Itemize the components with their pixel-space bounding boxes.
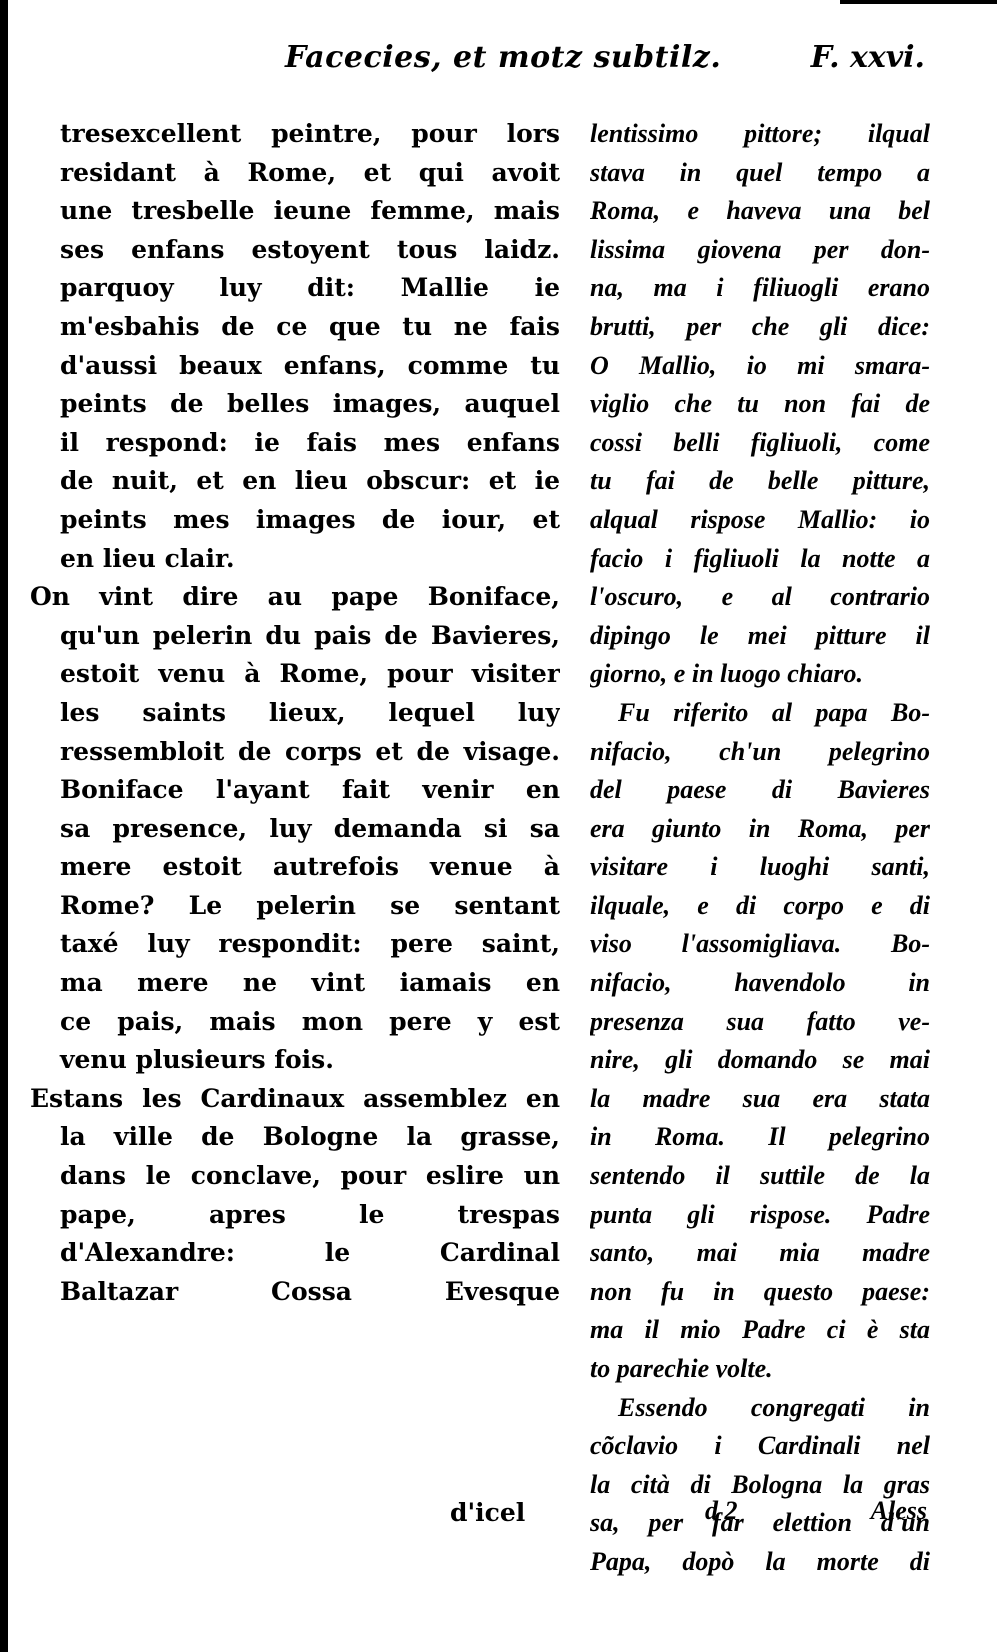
text-line: non fu in questo paese: xyxy=(590,1273,930,1312)
text-line: tresexcellent peintre, pour lors xyxy=(30,115,560,154)
running-head: Facecies, et motz subtilz. F. xxvi. xyxy=(285,40,925,90)
text-line: Boniface l'ayant fait venir en xyxy=(30,771,560,810)
text-line: na, ma i filiuogli erano xyxy=(590,269,930,308)
text-line: era giunto in Roma, per xyxy=(590,810,930,849)
text-line: presenza sua fatto ve- xyxy=(590,1003,930,1042)
text-line: Baltazar Cossa Evesque xyxy=(30,1273,560,1312)
text-line: in Roma. Il pelegrino xyxy=(590,1118,930,1157)
text-line: viglio che tu non fai de xyxy=(590,385,930,424)
text-line: ilquale, e di corpo e di xyxy=(590,887,930,926)
text-line: ses enfans estoyent tous laidz. xyxy=(30,231,560,270)
page-edge-bar xyxy=(840,0,997,4)
text-line: une tresbelle ieune femme, mais xyxy=(30,192,560,231)
text-line: il respond: ie fais mes enfans xyxy=(30,424,560,463)
text-line: giorno, e in luogo chiaro. xyxy=(590,655,930,694)
paragraph-start-line: Essendo congregati in xyxy=(590,1389,930,1428)
folio-number: F. xxvi. xyxy=(811,40,925,75)
text-line: la madre sua era stata xyxy=(590,1080,930,1119)
text-line: Rome? Le pelerin se sentant xyxy=(30,887,560,926)
text-line: Papa, dopò la morte di xyxy=(590,1543,930,1582)
text-line: viso l'assomigliava. Bo- xyxy=(590,925,930,964)
french-column: tresexcellent peintre, pour lors residan… xyxy=(30,115,560,1311)
text-line: taxé luy respondit: pere saint, xyxy=(30,925,560,964)
text-line: peints mes images de iour, et xyxy=(30,501,560,540)
text-line: estoit venu à Rome, pour visiter xyxy=(30,655,560,694)
text-line: visitare i luoghi santi, xyxy=(590,848,930,887)
text-line: parquoy luy dit: Mallie ie xyxy=(30,269,560,308)
text-line: d'Alexandre: le Cardinal xyxy=(30,1234,560,1273)
text-line: lissima giovena per don- xyxy=(590,231,930,270)
text-line: alqual rispose Mallio: io xyxy=(590,501,930,540)
text-line: ma il mio Padre ci è sta xyxy=(590,1311,930,1350)
text-line: dipingo le mei pitture il xyxy=(590,617,930,656)
text-line: lentissimo pittore; ilqual xyxy=(590,115,930,154)
text-line: nifacio, ch'un pelegrino xyxy=(590,733,930,772)
text-line: del paese di Bavieres xyxy=(590,771,930,810)
text-line: cossi belli figliuoli, come xyxy=(590,424,930,463)
text-line: stava in quel tempo a xyxy=(590,154,930,193)
text-line: la ville de Bologne la grasse, xyxy=(30,1118,560,1157)
paragraph-start-line: Estans les Cardinaux assemblez en xyxy=(30,1080,560,1119)
text-line: O Mallio, io mi smara- xyxy=(590,347,930,386)
italian-catchword: Aless xyxy=(871,1496,927,1526)
text-line: qu'un pelerin du pais de Bavieres, xyxy=(30,617,560,656)
text-line: sa presence, luy demanda si sa xyxy=(30,810,560,849)
text-line: sentendo il suttile de la xyxy=(590,1157,930,1196)
text-line: m'esbahis de ce que tu ne fais xyxy=(30,308,560,347)
text-line: brutti, per che gli dice: xyxy=(590,308,930,347)
text-line: facio i figliuoli la notte a xyxy=(590,540,930,579)
text-line: l'oscuro, e al contrario xyxy=(590,578,930,617)
text-line: de nuit, et en lieu obscur: et ie xyxy=(30,462,560,501)
paragraph-start-line: Fu riferito al papa Bo- xyxy=(590,694,930,733)
text-line: pape, apres le trespas xyxy=(30,1196,560,1235)
text-line: residant à Rome, et qui avoit xyxy=(30,154,560,193)
running-head-title: Facecies, et motz subtilz. xyxy=(285,40,721,75)
text-line: ce pais, mais mon pere y est xyxy=(30,1003,560,1042)
text-line: peints de belles images, auquel xyxy=(30,385,560,424)
text-line: les saints lieux, lequel luy xyxy=(30,694,560,733)
text-line: d'aussi beaux enfans, comme tu xyxy=(30,347,560,386)
text-line: Roma, e haveva una bel xyxy=(590,192,930,231)
text-line: dans le conclave, pour eslire un xyxy=(30,1157,560,1196)
text-line: nire, gli domando se mai xyxy=(590,1041,930,1080)
text-line: santo, mai mia madre xyxy=(590,1234,930,1273)
text-line: nifacio, havendolo in xyxy=(590,964,930,1003)
text-line: tu fai de belle pitture, xyxy=(590,462,930,501)
french-catchword: d'icel xyxy=(450,1498,525,1527)
text-line: ressembloit de corps et de visage. xyxy=(30,733,560,772)
text-line: ma mere ne vint iamais en xyxy=(30,964,560,1003)
italian-column: lentissimo pittore; ilqual stava in quel… xyxy=(590,115,930,1582)
text-line: en lieu clair. xyxy=(30,540,560,579)
signature-mark: d 2 xyxy=(705,1496,785,1526)
text-line: cõclavio i Cardinali nel xyxy=(590,1427,930,1466)
text-line: venu plusieurs fois. xyxy=(30,1041,560,1080)
text-line: to parechie volte. xyxy=(590,1350,930,1389)
italian-footer: d 2 Aless xyxy=(705,1496,935,1526)
paragraph-start-line: On vint dire au pape Boniface, xyxy=(30,578,560,617)
text-line: punta gli rispose. Padre xyxy=(590,1196,930,1235)
text-line: mere estoit autrefois venue à xyxy=(30,848,560,887)
page-gutter-shadow xyxy=(0,0,8,1652)
